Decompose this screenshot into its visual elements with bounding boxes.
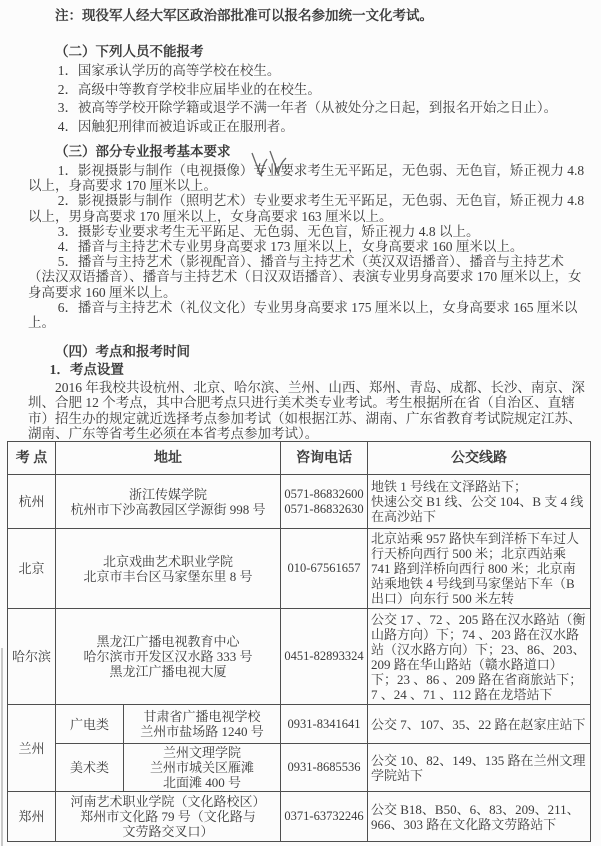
requirement-item: 2．影视摄影与制作（照明艺术）专业要求考生无平跖足，无色弱、无色盲，矫正视力 4…	[28, 193, 585, 223]
column-header-phone: 咨询电话	[281, 442, 368, 475]
exam-sites-table: 考 点 地址 咨询电话 公交线路 杭州 浙江传媒学院 杭州市下沙高教园区学源街 …	[7, 441, 591, 842]
column-header-site: 考 点	[8, 442, 56, 475]
phone-cell: 0571-86832600 0571-86832630	[281, 475, 368, 529]
section-basic-requirements: （三）部分专业报考基本要求 1．影视摄影与制作（电视摄像）专业要求考生无平跖足，…	[28, 144, 585, 330]
table-row-lanzhou-art: 美术类 兰州文理学院 兰州市城关区雁滩 北面滩 400 号 0931-86855…	[8, 744, 591, 792]
bus-cell: 公交 7、107、35、22 路在赵家庄站下	[368, 705, 591, 744]
intro-paragraph: 2016 年我校共设杭州、北京、哈尔滨、兰州、山西、郑州、青岛、成都、长沙、南京…	[28, 380, 585, 441]
list-item: 3．被高等学校开除学籍或退学不满一年者（从被处分之日起，到报名开始之日止）。	[28, 100, 585, 116]
bus-cell: 公交 17 、72 、205 路在汉水路站（衡山路方向）下；74 、203 路在…	[368, 609, 591, 705]
column-header-address: 地址	[56, 442, 281, 475]
site-cell: 杭州	[8, 475, 56, 529]
table-row-hangzhou: 杭州 浙江传媒学院 杭州市下沙高教园区学源街 998 号 0571-868326…	[8, 475, 591, 529]
phone-cell: 0451-82893324	[281, 609, 368, 705]
site-cell: 北京	[8, 529, 56, 609]
requirement-item: 1．影视摄影与制作（电视摄像）专业要求考生无平跖足，无色弱、无色盲，矫正视力 4…	[28, 163, 585, 193]
section-heading: （三）部分专业报考基本要求	[28, 144, 585, 160]
section-sites-and-times: （四）考点和报考时间 1．考点设置 2016 年我校共设杭州、北京、哈尔滨、兰州…	[28, 344, 585, 441]
site-cell: 郑州	[8, 792, 56, 842]
requirement-item: 3．摄影专业要求考生无平跖足、无色弱、无色盲，矫正视力 4.8 以上。	[28, 224, 585, 239]
column-header-bus: 公交线路	[368, 442, 591, 475]
section-cannot-register: （二）下列人员不能报考 1．国家承认学历的高等学校在校生。 2．高级中等教育学校…	[28, 44, 585, 134]
phone-cell: 0931-8685536	[281, 744, 368, 792]
address-cell: 兰州文理学院 兰州市城关区雁滩 北面滩 400 号	[124, 744, 281, 792]
table-row-lanzhou-broadcast: 兰州 广电类 甘肃省广播电视学校 兰州市盐场路 1240 号 0931-8341…	[8, 705, 591, 744]
subsection-heading: 1．考点设置	[28, 362, 585, 378]
bus-cell: 地铁 1 号线在文泽路站下； 快速公交 B1 线、公交 104、B 支 4 线在…	[368, 475, 591, 529]
list-item: 2．高级中等教育学校非应届毕业的在校生。	[28, 82, 585, 98]
category-cell: 广电类	[56, 705, 124, 744]
bus-cell: 公交 10、82、149、135 路在兰州文理学院站下	[368, 744, 591, 792]
bus-cell: 公交 B18、B50、6、83、209、211、966、303 路在文化路文劳路…	[368, 792, 591, 842]
section-heading: （二）下列人员不能报考	[28, 44, 585, 60]
phone-cell: 010-67561657	[281, 529, 368, 609]
address-cell: 黑龙江广播电视教育中心 哈尔滨市开发区汉水路 333 号 黑龙江广播电视大厦	[56, 609, 281, 705]
address-cell: 甘肃省广播电视学校 兰州市盐场路 1240 号	[124, 705, 281, 744]
section-heading: （四）考点和报考时间	[28, 344, 585, 360]
address-cell: 北京戏曲艺术职业学院 北京市丰台区马家堡东里 8 号	[56, 529, 281, 609]
scan-edge-artifact	[1, 648, 3, 846]
table-row-beijing: 北京 北京戏曲艺术职业学院 北京市丰台区马家堡东里 8 号 010-675616…	[8, 529, 591, 609]
table-header-row: 考 点 地址 咨询电话 公交线路	[8, 442, 591, 475]
document-page: 注：现役军人经大军区政治部批准可以报名参加统一文化考试。 （二）下列人员不能报考…	[28, 7, 585, 441]
site-cell: 兰州	[8, 705, 56, 792]
requirement-item: 6．播音与主持艺术（礼仪文化）专业男身高要求 175 厘米以上，女身高要求 16…	[28, 300, 585, 330]
list-item: 4．因触犯刑律而被追诉或正在服刑者。	[28, 119, 585, 135]
requirement-item: 4．播音与主持艺术专业男身高要求 173 厘米以上，女身高要求 160 厘米以上…	[28, 239, 585, 254]
phone-cell: 0931-8341641	[281, 705, 368, 744]
table-row-zhengzhou: 郑州 河南艺术职业学院（文化路校区） 郑州市文化路 79 号（文化路与 文劳路交…	[8, 792, 591, 842]
category-cell: 美术类	[56, 744, 124, 792]
table-row-harbin: 哈尔滨 黑龙江广播电视教育中心 哈尔滨市开发区汉水路 333 号 黑龙江广播电视…	[8, 609, 591, 705]
site-cell: 哈尔滨	[8, 609, 56, 705]
address-cell: 河南艺术职业学院（文化路校区） 郑州市文化路 79 号（文化路与 文劳路交叉口）	[56, 792, 281, 842]
bus-cell: 北京站乘 957 路快车到洋桥下车过人行天桥向西行 500 米；北京西站乘 74…	[368, 529, 591, 609]
address-cell: 浙江传媒学院 杭州市下沙高教园区学源街 998 号	[56, 475, 281, 529]
note-line: 注：现役军人经大军区政治部批准可以报名参加统一文化考试。	[28, 7, 585, 24]
list-item: 1．国家承认学历的高等学校在校生。	[28, 63, 585, 79]
phone-cell: 0371-63732246	[281, 792, 368, 842]
requirement-item: 5．播音与主持艺术（影视配音）、播音与主持艺术（英汉双语播音）、播音与主持艺术（…	[28, 254, 585, 300]
